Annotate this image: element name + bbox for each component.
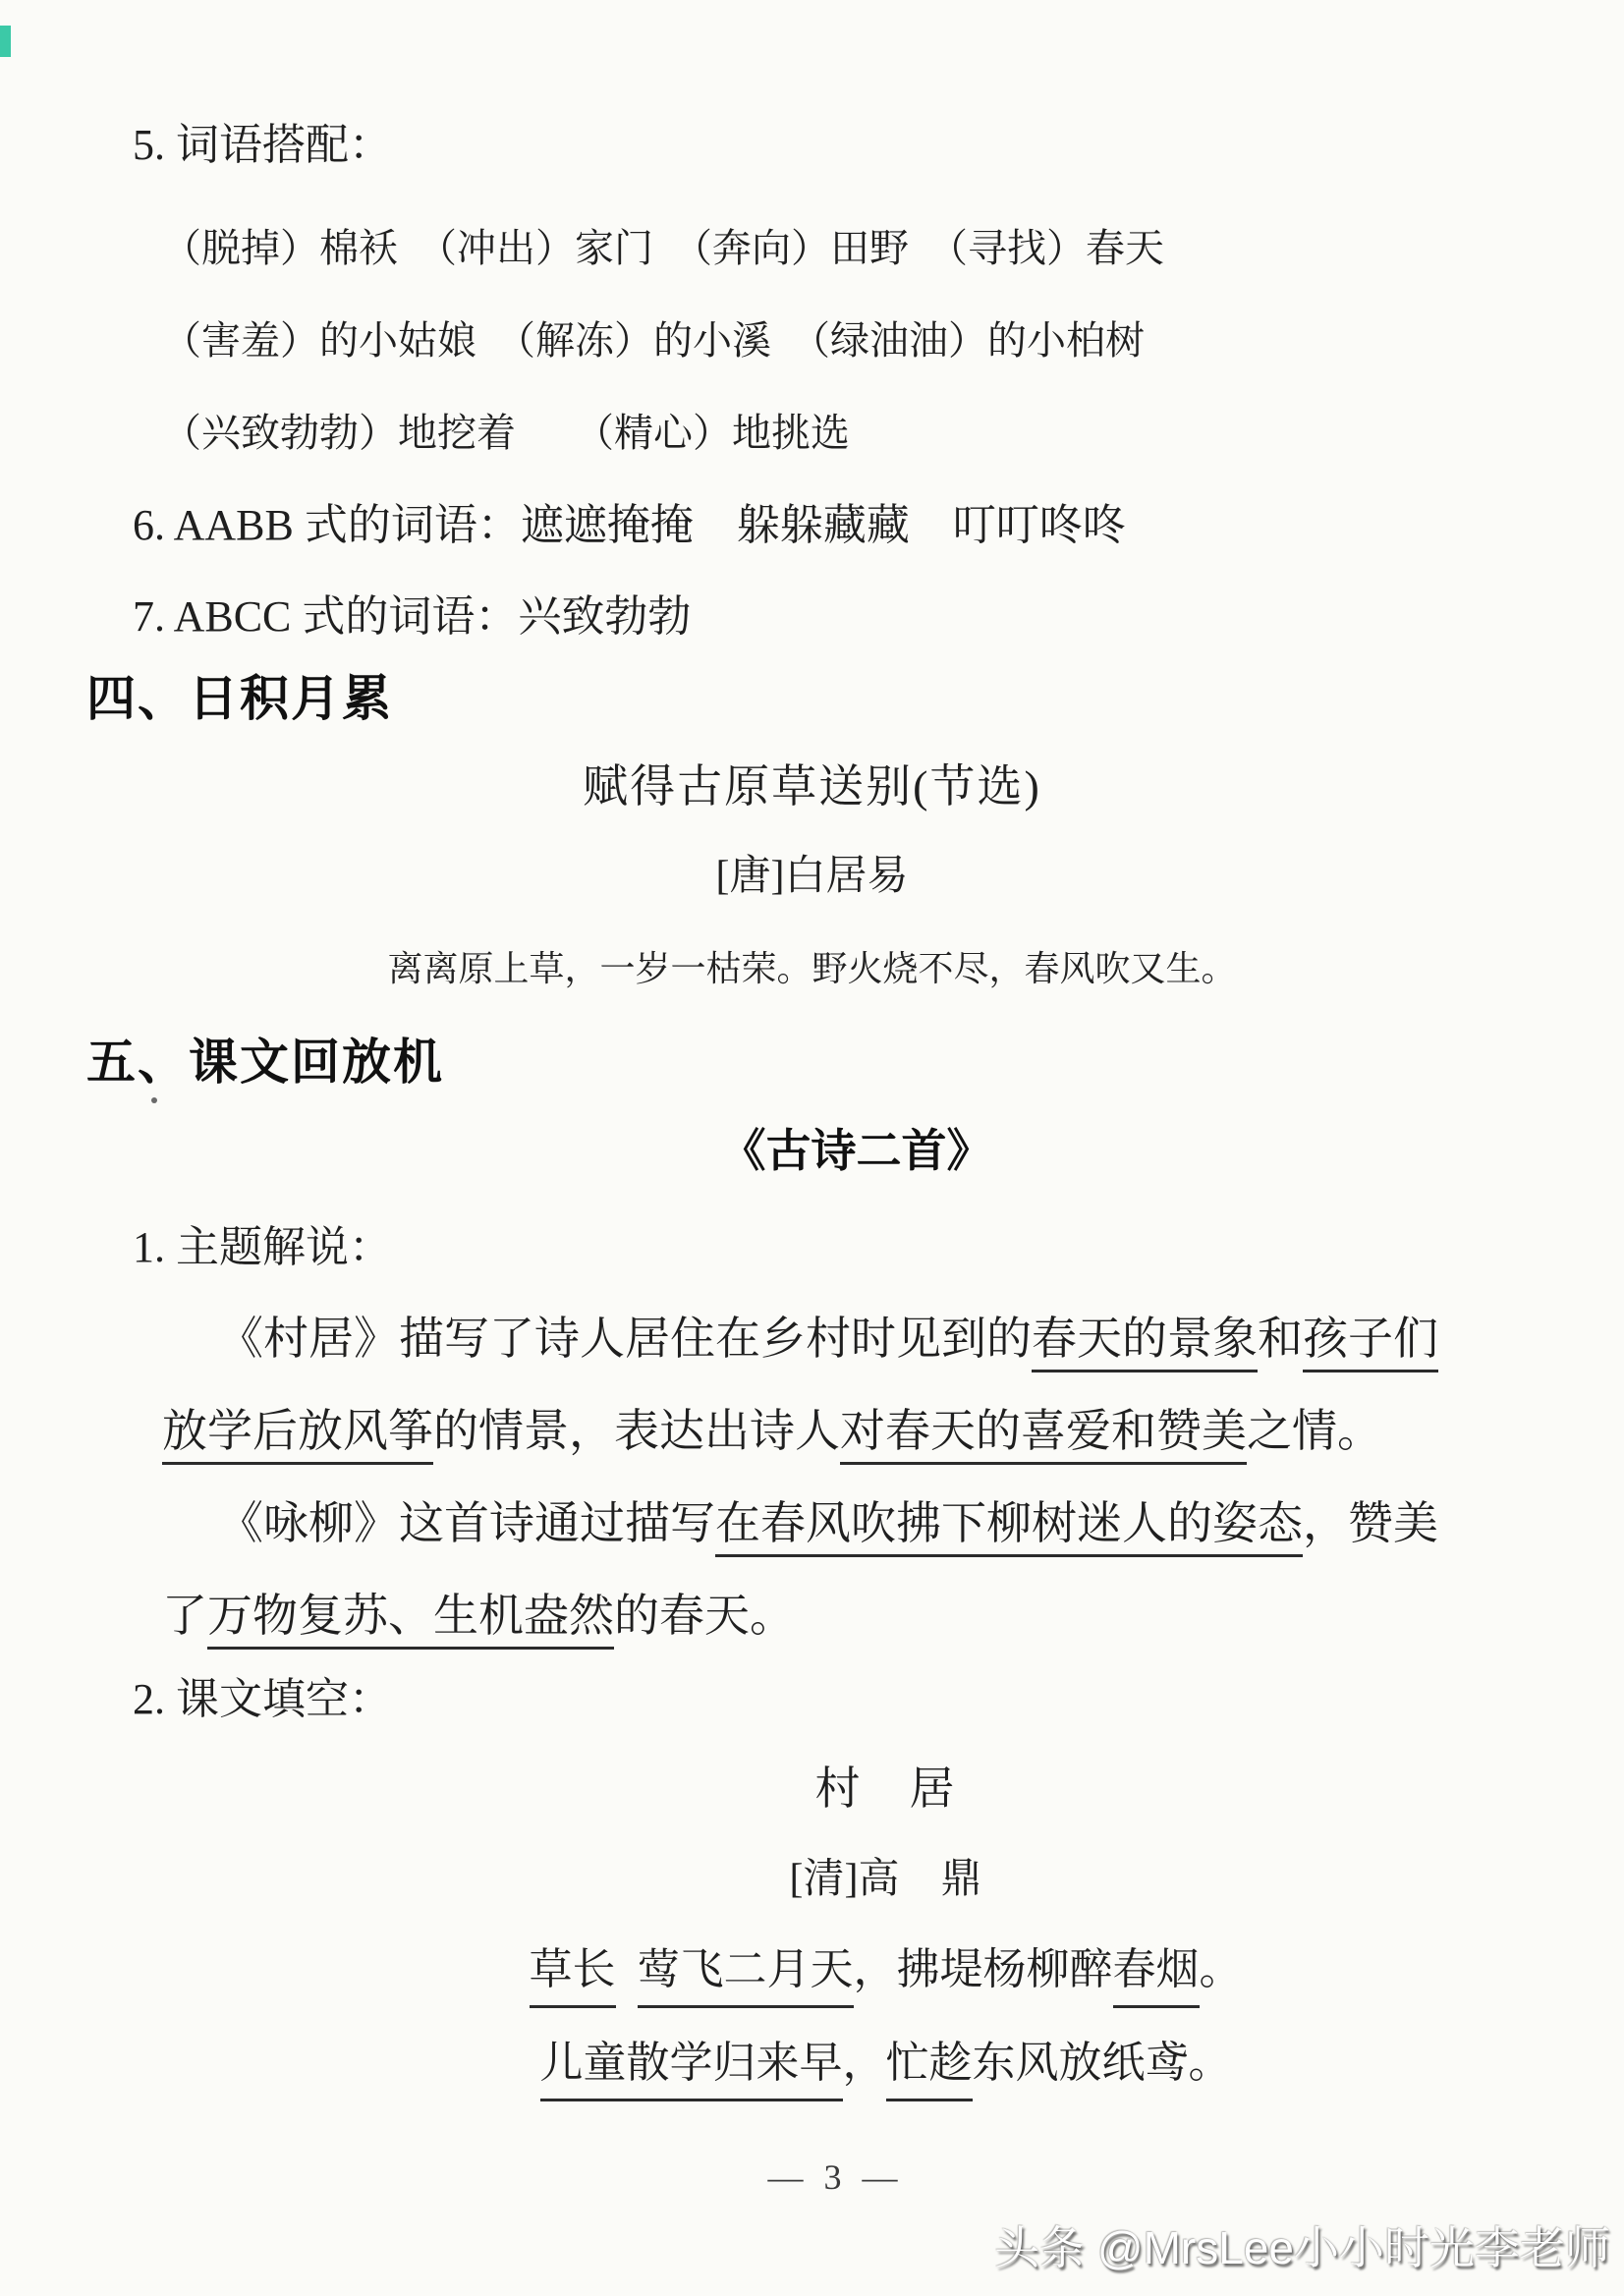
theme-text-line-2: 放学后放风筝的情景，表达出诗人对春天的喜爱和赞美之情。 — [162, 1401, 1382, 1462]
plain-text: ，拂堤杨柳醉 — [854, 1945, 1113, 1993]
underlined-answer-text: 草长 — [530, 1945, 616, 2008]
plain-text: 。 — [1200, 1945, 1243, 1993]
plain-text: 东风放纸鸢。 — [973, 2039, 1232, 2087]
underlined-answer-text: 在春风吹拂下柳树迷人的姿态 — [715, 1498, 1303, 1557]
section-5-heading-text-replay: 五、课文回放机 — [86, 1030, 444, 1096]
collocation-line-2: （害羞）的小姑娘 （解冻）的小溪 （绿油油）的小柏树 — [162, 314, 1145, 367]
poem-cunju-author: [清]高 鼎 — [0, 1852, 1624, 1908]
section-4-heading-daily-accumulation: 四、日积月累 — [86, 666, 393, 733]
plain-text: 了 — [162, 1591, 207, 1641]
lesson-title-two-ancient-poems: 《古诗二首》 — [0, 1120, 1624, 1181]
item-2-fill-in-blanks-label: 2. 课文填空： — [133, 1670, 392, 1728]
item-7-abcc-words: 7. ABCC 式的词语：兴致勃勃 — [133, 588, 691, 645]
collocation-line-1: （脱掉）棉袄 （冲出）家门 （奔向）田野 （寻找）春天 — [162, 222, 1164, 275]
page-number: — 3 — — [0, 2154, 1624, 2202]
theme-text-line-4: 了万物复苏、生机盎然的春天。 — [162, 1586, 795, 1647]
underlined-answer-text: 春天的景象 — [1032, 1314, 1258, 1372]
document-page: 5. 词语搭配： （脱掉）棉袄 （冲出）家门 （奔向）田野 （寻找）春天 （害羞… — [0, 0, 1624, 2296]
plain-text: ，赞美 — [1303, 1498, 1438, 1548]
scan-speck — [151, 1097, 157, 1103]
plain-text — [616, 1945, 638, 1993]
underlined-answer-text: 儿童散学归来早 — [540, 2039, 843, 2101]
plain-text: ， — [843, 2039, 886, 2087]
poem-cunju-verse-2: 儿童散学归来早，忙趁东风放纸鸢。 — [0, 2034, 1624, 2092]
poem-extract-author: [唐]白居易 — [0, 849, 1624, 905]
toutiao-watermark: 头条 @MrsLee小小时光李老师 — [994, 2212, 1610, 2277]
scan-edge-mark — [0, 26, 11, 57]
poem-extract-title: 赋得古原草送别(节选) — [0, 756, 1624, 817]
collocation-line-3: （兴致勃勃）地挖着 （精心）地挑选 — [162, 407, 850, 460]
underlined-answer-text: 万物复苏、生机盎然 — [207, 1591, 614, 1650]
plain-text: 之情。 — [1247, 1406, 1382, 1456]
plain-text: 《村居》描写了诗人居住在乡村时见到的 — [218, 1314, 1032, 1364]
underlined-answer-text: 春烟 — [1113, 1945, 1200, 2008]
plain-text: 和 — [1258, 1314, 1303, 1364]
theme-text-line-3: 《咏柳》这首诗通过描写在春风吹拂下柳树迷人的姿态，赞美 — [218, 1493, 1438, 1554]
plain-text: 的春天。 — [614, 1591, 795, 1641]
plain-text: 的情景，表达出诗人 — [433, 1406, 840, 1456]
item-6-aabb-words: 6. AABB 式的词语：遮遮掩掩 躲躲藏藏 叮叮咚咚 — [133, 496, 1126, 554]
underlined-answer-text: 莺飞二月天 — [638, 1945, 854, 2008]
underlined-answer-text: 对春天的喜爱和赞美 — [840, 1406, 1247, 1465]
poem-cunju-title: 村 居 — [0, 1759, 1624, 1820]
underlined-answer-text: 孩子们 — [1303, 1314, 1438, 1372]
plain-text: 《咏柳》这首诗通过描写 — [218, 1498, 715, 1548]
underlined-answer-text: 忙趁 — [886, 2039, 973, 2101]
item-1-theme-explanation-label: 1. 主题解说： — [133, 1218, 392, 1276]
poem-extract-verse: 离离原上草，一岁一枯荣。野火烧不尽，春风吹又生。 — [0, 945, 1624, 993]
item-5-word-collocation-label: 5. 词语搭配： — [133, 116, 392, 174]
underlined-answer-text: 放学后放风筝 — [162, 1406, 433, 1465]
theme-text-line-1: 《村居》描写了诗人居住在乡村时见到的春天的景象和孩子们 — [218, 1309, 1438, 1370]
poem-cunju-verse-1: 草长 莺飞二月天，拂堤杨柳醉春烟。 — [0, 1940, 1624, 1998]
